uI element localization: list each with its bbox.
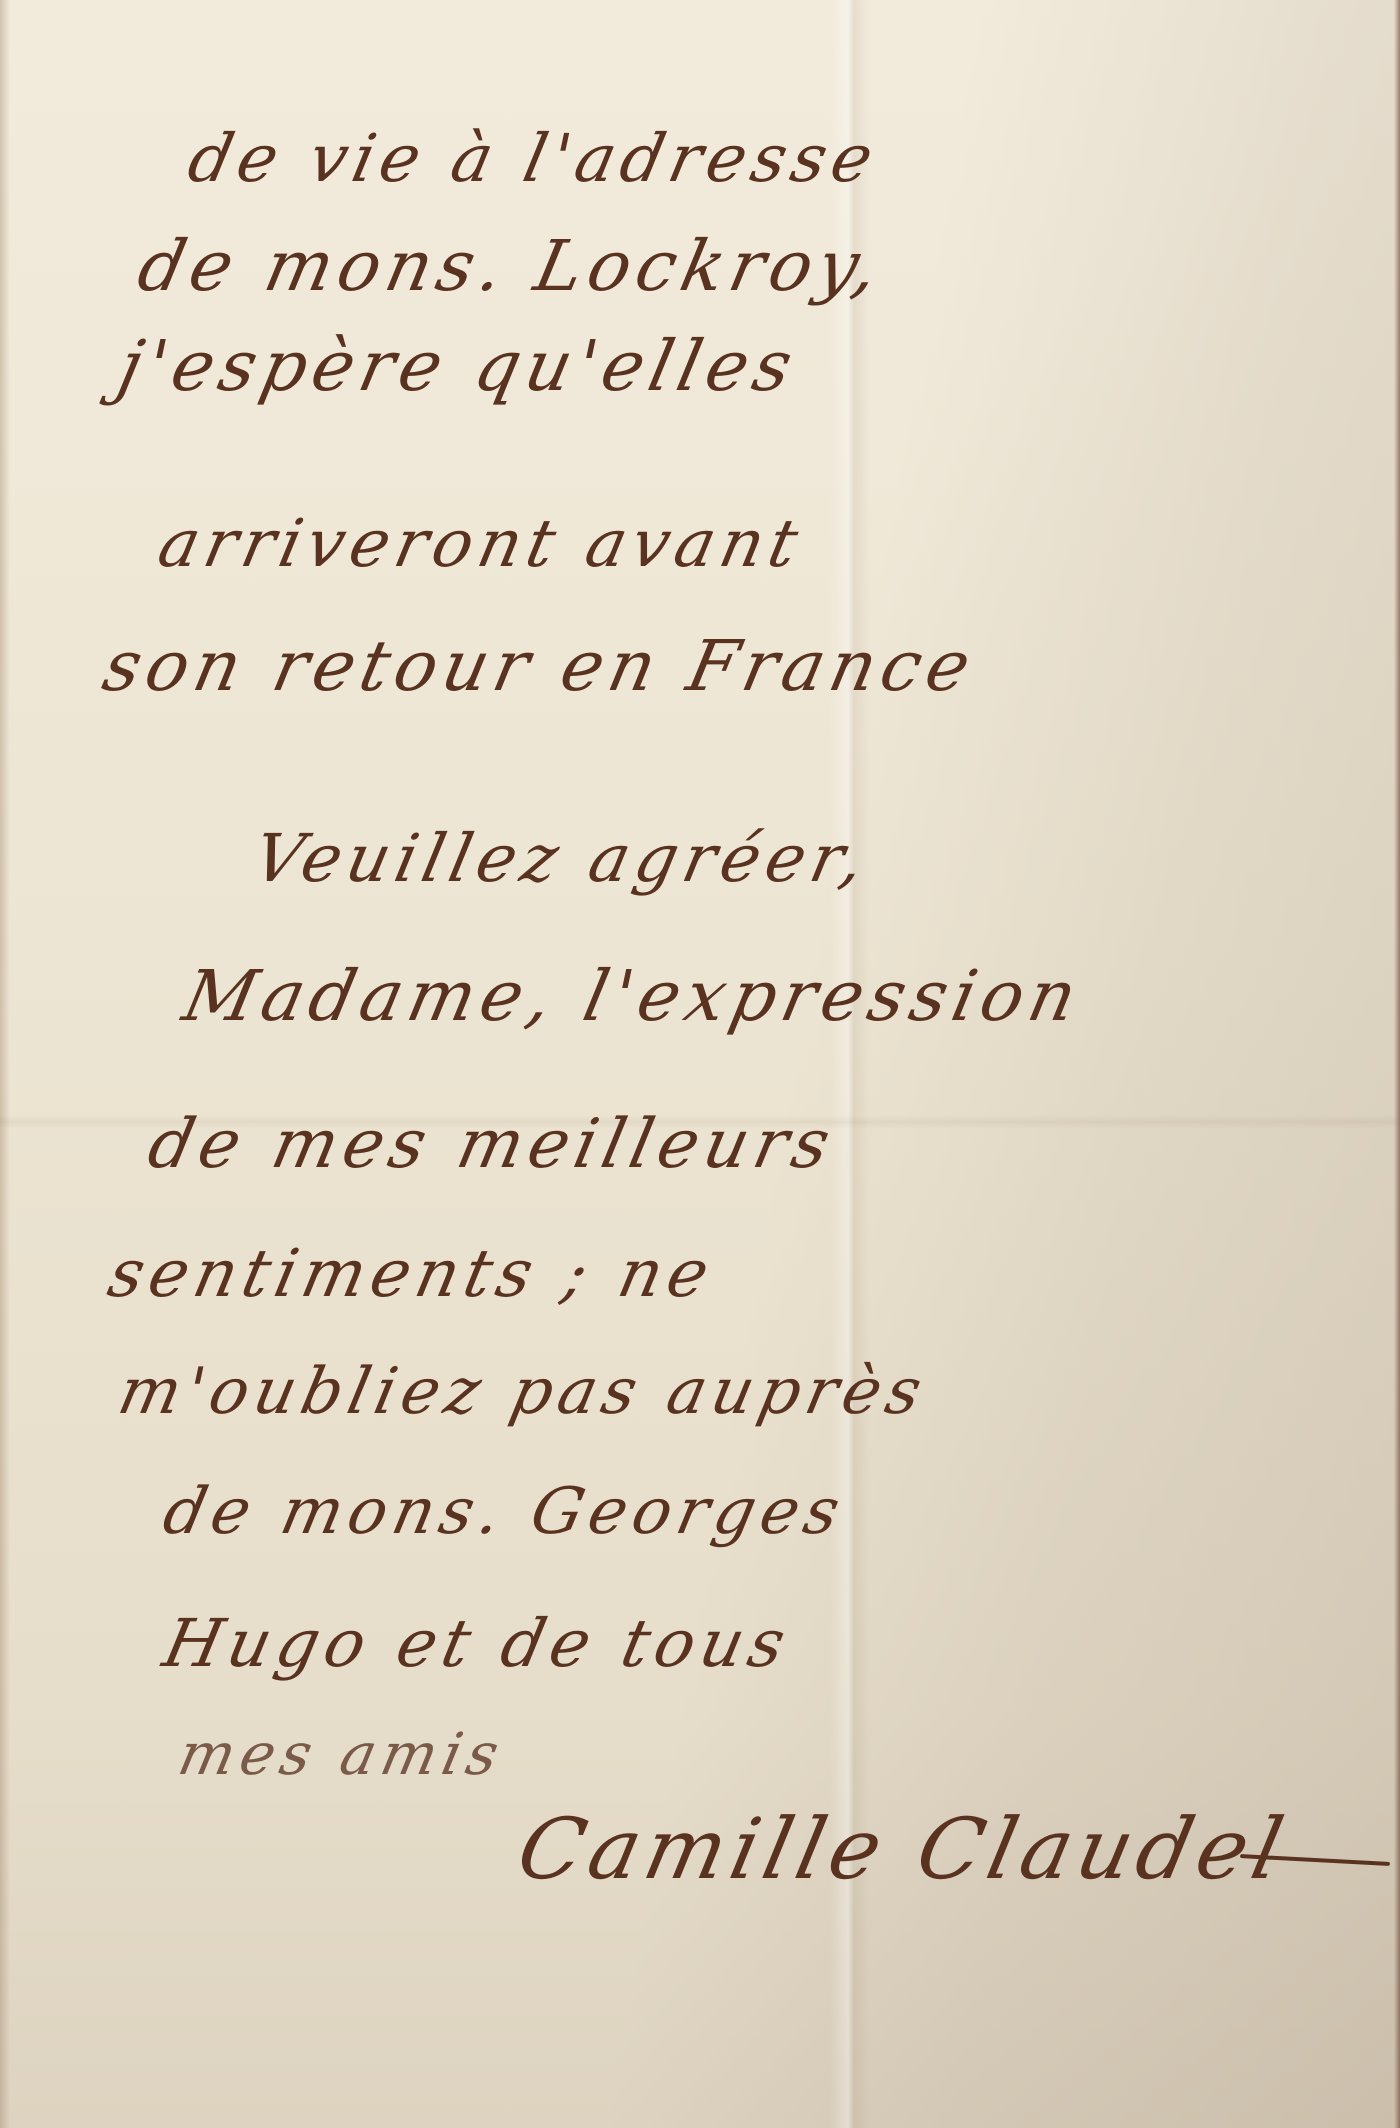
letter-line-6: Veuillez agréer, bbox=[247, 820, 877, 897]
paper-left-edge bbox=[0, 0, 10, 2128]
signature: Camille Claudel bbox=[510, 1800, 1298, 1898]
letter-line-10: m'oubliez pas auprès bbox=[112, 1355, 934, 1429]
letter-line-3: j'espère qu'elles bbox=[111, 325, 805, 407]
letter-line-7: Madame, l'expression bbox=[176, 955, 1089, 1037]
letter-line-4: arriveront avant bbox=[152, 505, 811, 582]
letter-line-9: sentiments ; ne bbox=[102, 1235, 722, 1312]
letter-line-13: mes amis bbox=[173, 1720, 511, 1788]
letter-line-2: de mons. Lockroy, bbox=[131, 225, 891, 307]
paper-right-edge bbox=[1394, 0, 1400, 2128]
letter-line-5: son retour en France bbox=[96, 625, 983, 707]
letter-line-1: de vie à l'adresse bbox=[182, 120, 886, 197]
letter-line-8: de mes meilleurs bbox=[142, 1105, 843, 1184]
letter-page: de vie à l'adresse de mons. Lockroy, j'e… bbox=[0, 0, 1400, 2128]
letter-line-11: de mons. Georges bbox=[157, 1475, 852, 1549]
letter-line-12: Hugo et de tous bbox=[157, 1605, 798, 1682]
